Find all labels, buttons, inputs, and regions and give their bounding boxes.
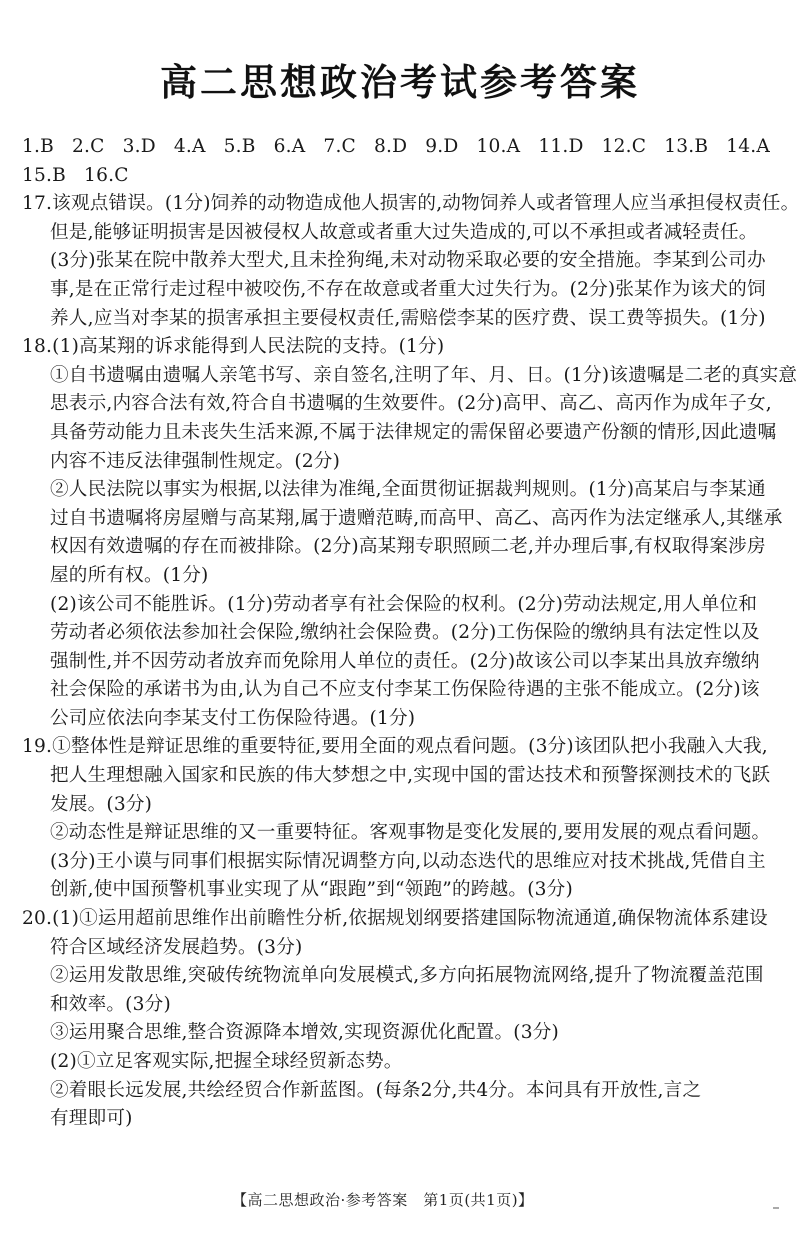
mc-answer: 15.B <box>22 165 66 186</box>
page-title: 高二思想政治考试参考答案 <box>0 52 800 106</box>
mc-answer: 2.C <box>72 136 105 157</box>
answer-line: ②着眼长远发展,共绘经贸合作新蓝图。(每条2分,共4分。本问具有开放性,言之 <box>22 1077 792 1106</box>
scan-mark <box>773 1207 779 1209</box>
answer-line: 和效率。(3分) <box>22 991 792 1020</box>
answer-line: ③运用聚合思维,整合资源降本增效,实现资源优化配置。(3分) <box>22 1019 792 1048</box>
answer-line: 事,是在正常行走过程中被咬伤,不存在故意或者重大过失行为。(2分)张某作为该犬的… <box>22 276 792 305</box>
answer-line: 发展。(3分) <box>22 791 792 820</box>
answer-line: 内容不违反法律强制性规定。(2分) <box>22 448 792 477</box>
answer-line: 符合区域经济发展趋势。(3分) <box>22 934 792 963</box>
multiple-choice-row-2: 15.B16.C <box>22 162 792 191</box>
answer-line: 劳动者必须依法参加社会保险,缴纳社会保险费。(2分)工伤保险的缴纳具有法定性以及 <box>22 619 792 648</box>
answer-line: 强制性,并不因劳动者放弃而免除用人单位的责任。(2分)故该公司以李某出具放弃缴纳 <box>22 648 792 677</box>
mc-answer: 9.D <box>425 136 458 157</box>
answer-line: 养人,应当对李某的损害承担主要侵权责任,需赔偿李某的医疗费、误工费等损失。(1分… <box>22 305 792 334</box>
mc-answer: 3.D <box>123 136 156 157</box>
answer-line: ①自书遗嘱由遗嘱人亲笔书写、亲自签名,注明了年、月、日。(1分)该遗嘱是二老的真… <box>22 362 792 391</box>
answer-line: 屋的所有权。(1分) <box>22 562 792 591</box>
answer-line: 思表示,内容合法有效,符合自书遗嘱的生效要件。(2分)高甲、高乙、高丙作为成年子… <box>22 390 792 419</box>
mc-answer: 13.B <box>664 136 708 157</box>
mc-answer: 14.A <box>726 136 770 157</box>
answer-line: 公司应依法向李某支付工伤保险待遇。(1分) <box>22 705 792 734</box>
answer-line: (2)①立足客观实际,把握全球经贸新态势。 <box>22 1048 792 1077</box>
mc-answer: 16.C <box>84 165 129 186</box>
answer-line: 18.(1)高某翔的诉求能得到人民法院的支持。(1分) <box>22 333 792 362</box>
answer-line: 社会保险的承诺书为由,认为自己不应支付李某工伤保险待遇的主张不能成立。(2分)该 <box>22 676 792 705</box>
mc-answer: 5.B <box>224 136 256 157</box>
mc-answer: 4.A <box>174 136 206 157</box>
answer-line: (3分)张某在院中散养大型犬,且未拴狗绳,未对动物采取必要的安全措施。李某到公司… <box>22 247 792 276</box>
answer-line: ②动态性是辩证思维的又一重要特征。客观事物是变化发展的,要用发展的观点看问题。 <box>22 819 792 848</box>
mc-answer: 12.C <box>602 136 647 157</box>
page-footer: 【高二思想政治·参考答案 第1页(共1页)】 <box>232 1189 534 1210</box>
answer-line: 有理即可) <box>22 1105 792 1134</box>
multiple-choice-row-1: 1.B2.C3.D4.A5.B6.A7.C8.D9.D10.A11.D12.C1… <box>22 133 792 162</box>
answer-line: 把人生理想融入国家和民族的伟大梦想之中,实现中国的雷达技术和预警探测技术的飞跃 <box>22 762 792 791</box>
answer-lines: 17.该观点错误。(1分)饲养的动物造成他人损害的,动物饲养人或者管理人应当承担… <box>22 190 792 1134</box>
answer-line: 权因有效遗嘱的存在而被排除。(2分)高某翔专职照顾二老,并办理后事,有权取得案涉… <box>22 533 792 562</box>
answer-line: ②人民法院以事实为根据,以法律为准绳,全面贯彻证据裁判规则。(1分)高某启与李某… <box>22 476 792 505</box>
mc-answer: 6.A <box>274 136 306 157</box>
answer-line: 但是,能够证明损害是因被侵权人故意或者重大过失造成的,可以不承担或者减轻责任。 <box>22 219 792 248</box>
answer-line: 17.该观点错误。(1分)饲养的动物造成他人损害的,动物饲养人或者管理人应当承担… <box>22 190 792 219</box>
answer-line: ②运用发散思维,突破传统物流单向发展模式,多方向拓展物流网络,提升了物流覆盖范围 <box>22 962 792 991</box>
answer-line: 具备劳动能力且未丧失生活来源,不属于法律规定的需保留必要遗产份额的情形,因此遗嘱 <box>22 419 792 448</box>
mc-answer: 10.A <box>477 136 521 157</box>
answer-line: 20.(1)①运用超前思维作出前瞻性分析,依据规划纲要搭建国际物流通道,确保物流… <box>22 905 792 934</box>
answer-line: 创新,使中国预警机事业实现了从“跟跑”到“领跑”的跨越。(3分) <box>22 876 792 905</box>
answer-line: 过自书遗嘱将房屋赠与高某翔,属于遗赠范畴,而高甲、高乙、高丙作为法定继承人,其继… <box>22 505 792 534</box>
answer-line: 19.①整体性是辩证思维的重要特征,要用全面的观点看问题。(3分)该团队把小我融… <box>22 733 792 762</box>
mc-answer: 1.B <box>22 136 54 157</box>
answer-line: (2)该公司不能胜诉。(1分)劳动者享有社会保险的权利。(2分)劳动法规定,用人… <box>22 591 792 620</box>
mc-answer: 7.C <box>323 136 356 157</box>
answer-line: (3分)王小谟与同事们根据实际情况调整方向,以动态迭代的思维应对技术挑战,凭借自… <box>22 848 792 877</box>
mc-answer: 11.D <box>538 136 583 157</box>
answer-content: 1.B2.C3.D4.A5.B6.A7.C8.D9.D10.A11.D12.C1… <box>22 133 792 1134</box>
mc-answer: 8.D <box>374 136 407 157</box>
